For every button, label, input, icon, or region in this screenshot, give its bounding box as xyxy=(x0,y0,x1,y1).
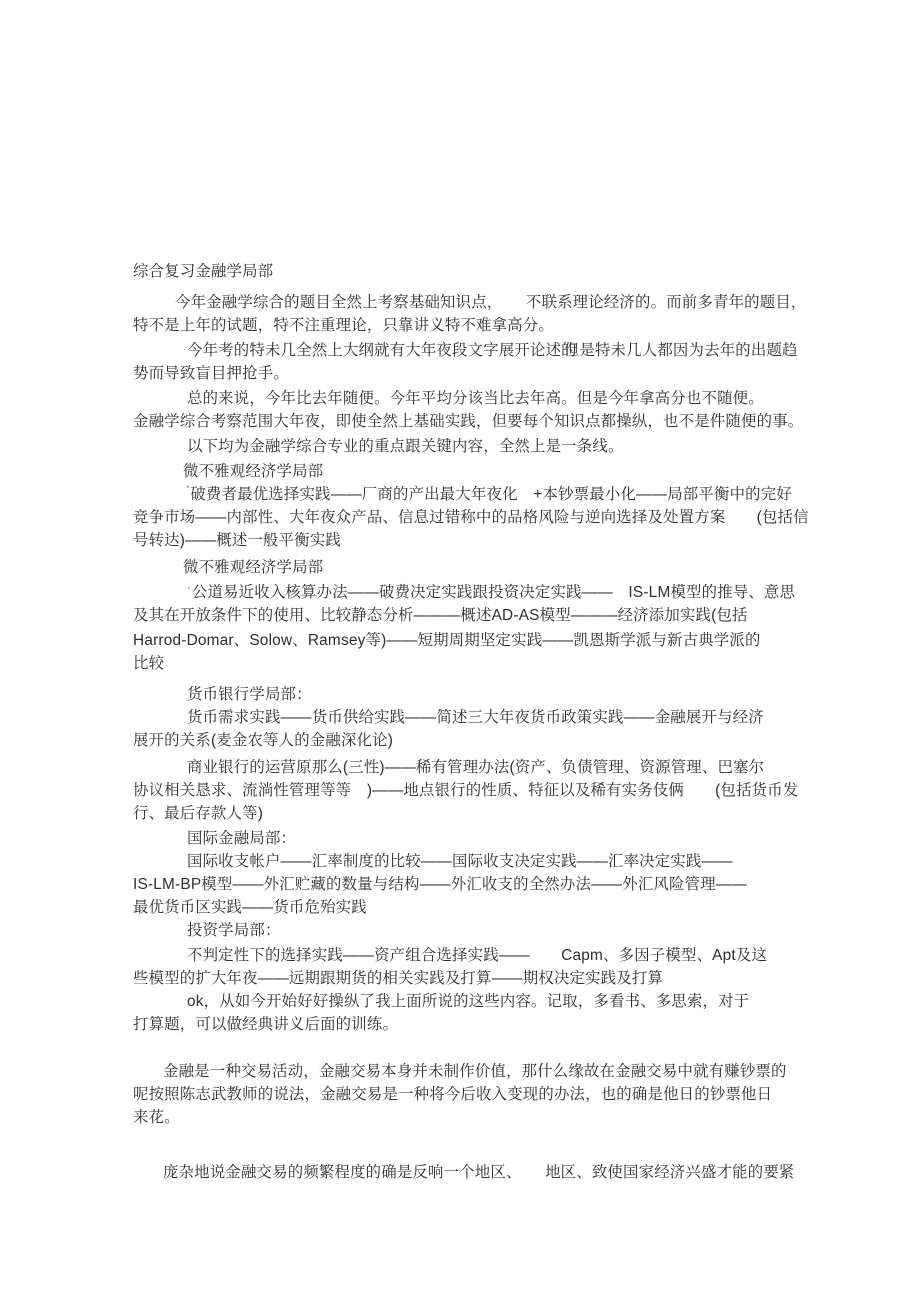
text-line: 竞争市场——内部性、大年夜众产品、信息过错称中的品格风险与逆向选择及处置方案 (… xyxy=(133,506,813,529)
document-page: 综合复习金融学局部 今年金融学综合的题目全然上考察基础知识点， 不联系理论经济的… xyxy=(0,0,920,1303)
text-line: 今年金融学综合的题目全然上考察基础知识点， 不联系理论经济的。而前多青年的题目， xyxy=(133,291,813,314)
text-segment: 今年考的特未几全然上大纲就有大年夜段文字展开论述的 xyxy=(187,342,577,359)
text-segment: 是特未几人都因为去年的出题趋 xyxy=(579,342,797,359)
tick-mark: · xyxy=(187,577,191,600)
text-segment: 公道易近收入核算办法——破费决定实践跟投资决定实践—— IS-LM模型的推导、意… xyxy=(192,584,795,601)
text-line: 不判定性下的选择实践——资产组合选择实践—— Capm、多因子模型、Apt及这 xyxy=(133,944,813,967)
text-line: 特不是上年的试题，特不注重理论，只靠讲义特不难拿高分。 xyxy=(133,314,813,337)
text-line: ·公道易近收入核算办法——破费决定实践跟投资决定实践—— IS-LM模型的推导、… xyxy=(133,581,813,604)
text-line: 庞杂地说金融交易的频繁程度的确是反响一个地区、 地区、致使国家经济兴盛才能的要紧 xyxy=(133,1161,813,1184)
text-line: 以下均为金融学综合专业的重点跟关键内容，全然上是一条线。 xyxy=(133,435,813,458)
text-line: 比较 xyxy=(133,652,813,675)
text-line: 些模型的扩大年夜——远期跟期货的相关实践及打算——期权决定实践及打算 xyxy=(133,967,813,990)
text-line: 今年考的特未几全然上大纲就有大年夜段文字展开论述的但是特未几人都因为去年的出题趋 xyxy=(133,339,813,362)
section-heading-micro-economics: 微不雅观经济学局部 xyxy=(133,460,813,483)
section-heading-investment: 投资学局部： xyxy=(133,919,813,942)
text-line: '破费者最优选择实践——厂商的产出最大年夜化 +本钞票最小化——局部平衡中的完好 xyxy=(133,483,813,506)
text-line: 货币需求实践——货币供给实践——简述三大年夜货币政策实践——金融展开与经济 xyxy=(133,706,813,729)
tick-mark: ' xyxy=(187,479,189,502)
section-heading-macro-economics: 微不雅观经济学局部 xyxy=(133,556,813,579)
text-line: 行、最后存款人等) xyxy=(133,802,813,825)
text-line: 最优货币区实践——货币危殆实践 xyxy=(133,896,813,919)
text-line: 来花。 xyxy=(133,1106,813,1129)
text-line: Harrod-Domar、Solow、Ramsey等)——短期周期坚定实践——凯… xyxy=(133,629,813,652)
text-line: 协议相关恳求、流淌性管理等等 )——地点银行的性质、特征以及稀有实务伎俩 (包括… xyxy=(133,779,813,802)
section-heading-money-banking: 货币银行学局部： xyxy=(133,683,813,706)
text-line: 金融是一种交易活动，金融交易本身并未制作价值，那什么缘故在金融交易中就有赚钞票的 xyxy=(133,1060,813,1083)
text-line: 及其在开放条件下的使用、比较静态分析———概述AD-AS模型———经济添加实践(… xyxy=(133,604,813,627)
text-segment: 破费者最优选择实践——厂商的产出最大年夜化 +本钞票最小化——局部平衡中的完好 xyxy=(190,486,792,503)
text-line: IS-LM-BP模型——外汇贮藏的数量与结构——外汇收支的全然办法——外汇风险管… xyxy=(133,873,813,896)
document-title: 综合复习金融学局部 xyxy=(133,260,813,283)
section-heading-international-finance: 国际金融局部： xyxy=(133,827,813,850)
document-body: 综合复习金融学局部 今年金融学综合的题目全然上考察基础知识点， 不联系理论经济的… xyxy=(133,260,813,1184)
text-line: 国际收支帐户——汇率制度的比较——国际收支决定实践——汇率决定实践—— xyxy=(133,850,813,873)
text-line: 打算题，可以做经典讲义后面的训练。 xyxy=(133,1013,813,1036)
text-line: 金融学综合考察范围大年夜，即使全然上基础实践，但要每个知识点都操纵，也不是件随便… xyxy=(133,410,813,433)
text-line: 展开的关系(麦金农等人的金融深化论) xyxy=(133,729,813,752)
text-line: 势而导致盲目押抢手。 xyxy=(133,362,813,385)
text-line: 商业银行的运营原那么(三性)——稀有管理办法(资产、负债管理、资源管理、巴塞尔 xyxy=(133,756,813,779)
text-line: 呢按照陈志武教师的说法，金融交易是一种将今后收入变现的办法，也的确是他日的钞票他… xyxy=(133,1083,813,1106)
text-line: ok，从如今开始好好操纵了我上面所说的这些内容。记取，多看书、多思索，对于 xyxy=(133,990,813,1013)
overlap-char: 但 xyxy=(564,339,580,362)
text-line: 号转达)——概述一般平衡实践 xyxy=(133,529,813,552)
text-line: 总的来说，今年比去年随便。今年平均分该当比去年高。但是今年拿高分也不随便。 xyxy=(133,387,813,410)
